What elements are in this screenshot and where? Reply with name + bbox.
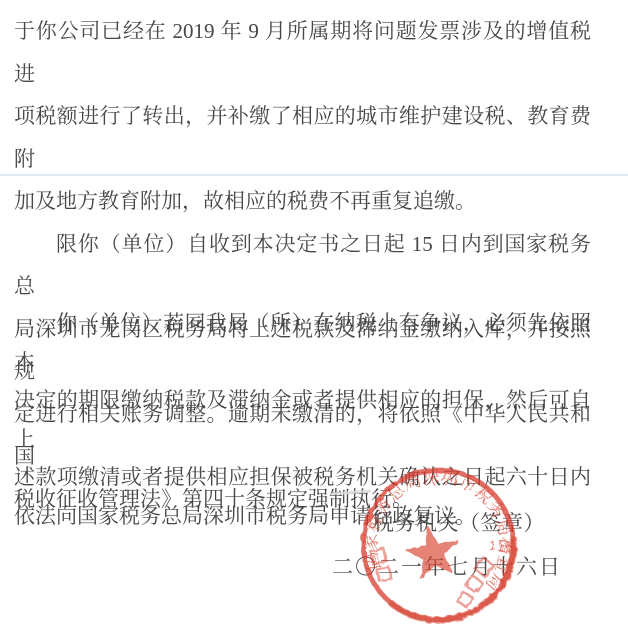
official-seal: 国家税务总局深圳市税务局稽查局 111: [356, 462, 520, 626]
text-line: 于你公司已经在 2019 年 9 月所属期将问题发票涉及的增值税进: [14, 10, 591, 95]
text-line: 你（单位）若同我局（所）在纳税上有争议，必须先依照本: [14, 304, 591, 381]
scanned-tax-document-page: 于你公司已经在 2019 年 9 月所属期将问题发票涉及的增值税进 项税额进行了…: [0, 0, 628, 638]
seal-code-fragment: 111: [489, 538, 514, 555]
text-line: 项税额进行了转出，并补缴了相应的城市维护建设税、教育费附: [14, 95, 591, 180]
star-icon: [401, 521, 464, 582]
text-line: 加及地方教育附加，故相应的税费不再重复追缴。: [14, 180, 591, 223]
seal-ring-text: 国家税务总局深圳市税务局稽查局: [361, 468, 515, 595]
text-line: 决定的期限缴纳税款及滞纳金或者提供相应的担保，然后可自上: [14, 381, 591, 458]
text-line: 限你（单位）自收到本决定书之日起 15 日内到国家税务总: [14, 223, 591, 308]
